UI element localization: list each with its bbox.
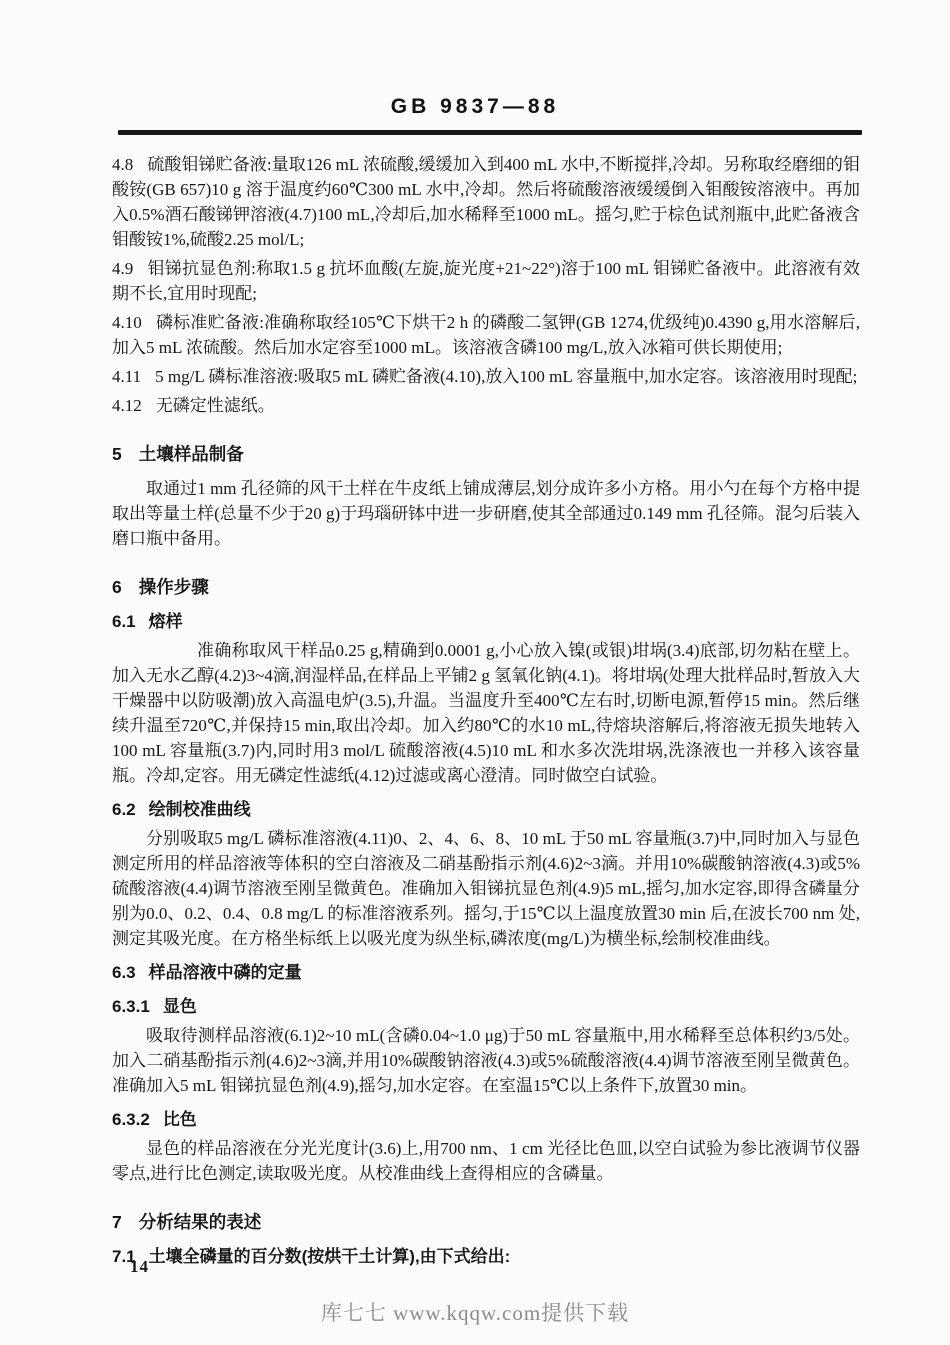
heading-title: 土壤样品制备	[139, 444, 244, 464]
heading-number: 6.3.1	[112, 997, 150, 1016]
subheading-7-1: 7.1土壤全磷量的百分数(按烘干土计算),由下式给出:	[112, 1244, 860, 1269]
heading-number: 6.2	[112, 800, 136, 819]
heading-number: 6.1	[112, 612, 136, 631]
paragraph-calibration-curve: 分别吸取5 mg/L 磷标准溶液(4.11)0、2、4、6、8、10 mL 于5…	[112, 826, 860, 951]
clause-text: 磷标准贮备液:准确称取经105℃下烘干2 h 的磷酸二氢钾(GB 1274,优级…	[112, 313, 860, 357]
clause-number: 4.10	[112, 313, 142, 332]
clause-text: 5 mg/L 磷标准溶液:吸取5 mL 磷贮备液(4.10),放入100 mL …	[155, 367, 857, 386]
paragraph-fusion: 准确称取风干样品0.25 g,精确到0.0001 g,小心放入镍(或银)坩埚(3…	[112, 638, 860, 788]
document-body: 4.8硫酸钼锑贮备液:量取126 mL 浓硫酸,缓缓加入到400 mL 水中,不…	[0, 135, 950, 1269]
clause-4-9: 4.9钼锑抗显色剂:称取1.5 g 抗坏血酸(左旋,旋光度+21~22°)溶于1…	[112, 256, 860, 306]
heading-number: 6.3	[112, 963, 136, 982]
clause-text: 钼锑抗显色剂:称取1.5 g 抗坏血酸(左旋,旋光度+21~22°)溶于100 …	[112, 259, 860, 303]
heading-title: 分析结果的表述	[139, 1212, 262, 1232]
heading-number: 6.3.2	[112, 1110, 150, 1129]
clause-text: 无磷定性滤纸。	[156, 396, 275, 415]
heading-title: 熔样	[149, 612, 183, 631]
standard-code: GB 9837—88	[0, 95, 950, 119]
chapter-heading-5: 5土壤样品制备	[112, 442, 860, 467]
heading-title: 样品溶液中磷的定量	[149, 963, 302, 982]
heading-title: 操作步骤	[139, 577, 209, 597]
page-number: 14	[130, 1257, 149, 1277]
heading-title: 土壤全磷量的百分数(按烘干土计算),由下式给出:	[149, 1247, 511, 1266]
subheading-6-2: 6.2绘制校准曲线	[112, 797, 860, 822]
clause-number: 4.12	[112, 396, 142, 415]
subheading-6-3-1: 6.3.1显色	[112, 994, 860, 1019]
clause-number: 4.9	[112, 259, 133, 278]
heading-number: 7	[112, 1212, 122, 1232]
heading-title: 比色	[163, 1110, 197, 1129]
clause-number: 4.8	[112, 155, 133, 174]
clause-number: 4.11	[112, 367, 141, 386]
clause-4-11: 4.115 mg/L 磷标准溶液:吸取5 mL 磷贮备液(4.10),放入100…	[112, 364, 860, 389]
chapter-heading-6: 6操作步骤	[112, 575, 860, 600]
clause-4-10: 4.10磷标准贮备液:准确称取经105℃下烘干2 h 的磷酸二氢钾(GB 127…	[112, 310, 860, 360]
heading-number: 5	[112, 444, 122, 464]
heading-number: 6	[112, 577, 122, 597]
chapter-heading-7: 7分析结果的表述	[112, 1210, 860, 1235]
subheading-6-1: 6.1熔样	[112, 609, 860, 634]
paragraph-soil-sample-prep: 取通过1 mm 孔径筛的风干土样在牛皮纸上铺成薄层,划分成许多小方格。用小勺在每…	[112, 476, 860, 551]
paragraph-colorimetry: 显色的样品溶液在分光光度计(3.6)上,用700 nm、1 cm 光径比色皿,以…	[112, 1136, 860, 1186]
subheading-6-3: 6.3样品溶液中磷的定量	[112, 960, 860, 985]
heading-title: 绘制校准曲线	[149, 800, 251, 819]
clause-4-12: 4.12无磷定性滤纸。	[112, 393, 860, 418]
clause-4-8: 4.8硫酸钼锑贮备液:量取126 mL 浓硫酸,缓缓加入到400 mL 水中,不…	[112, 152, 860, 252]
paragraph-color-development: 吸取待测样品溶液(6.1)2~10 mL(含磷0.04~1.0 μg)于50 m…	[112, 1023, 860, 1098]
clause-text: 硫酸钼锑贮备液:量取126 mL 浓硫酸,缓缓加入到400 mL 水中,不断搅拌…	[112, 155, 860, 249]
heading-title: 显色	[163, 997, 197, 1016]
page-header: GB 9837—88	[0, 0, 950, 119]
subheading-6-3-2: 6.3.2比色	[112, 1107, 860, 1132]
watermark-text: 库七七 www.kqqw.com提供下载	[0, 1297, 950, 1327]
